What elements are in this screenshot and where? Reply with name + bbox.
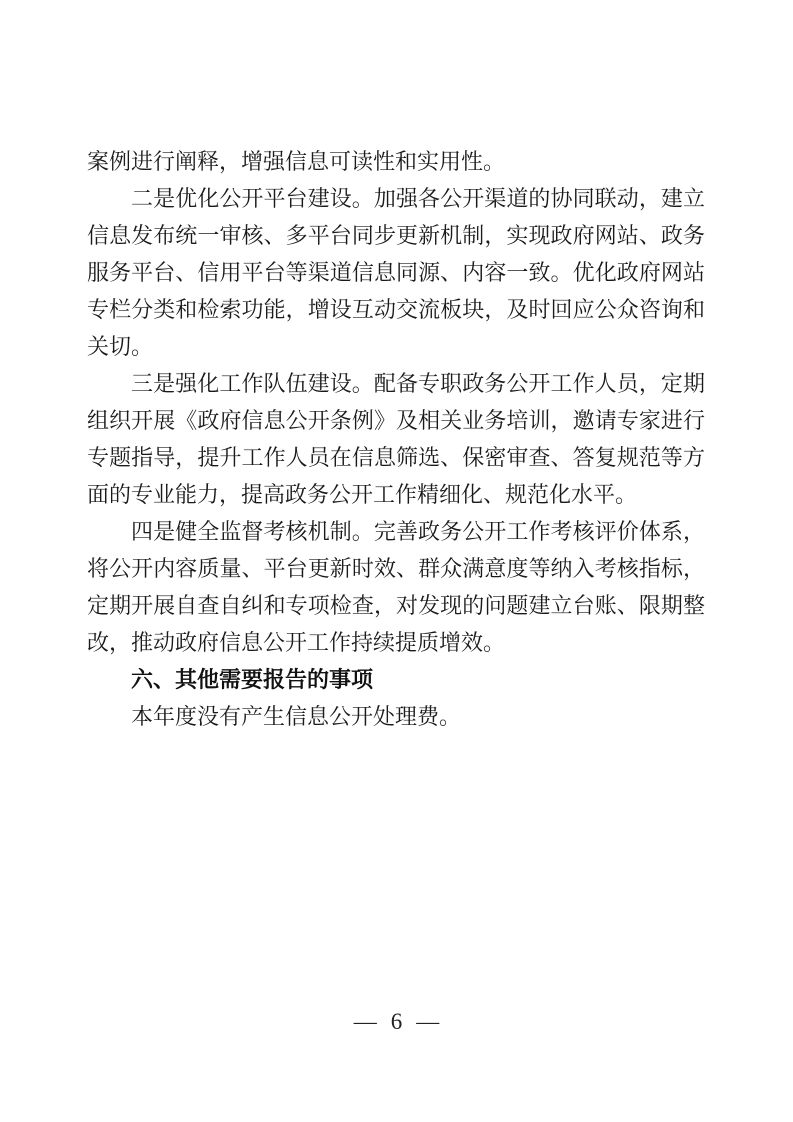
- paragraph-supervision-assessment: 四是健全监督考核机制。完善政务公开工作考核评价体系，将公开内容质量、平台更新时效…: [87, 513, 705, 661]
- section-heading-other-matters: 六、其他需要报告的事项: [87, 661, 705, 698]
- document-page: { "document": { "paragraphs": [ { "style…: [0, 0, 793, 1122]
- paragraph-processing-fees: 本年度没有产生信息公开处理费。: [87, 698, 705, 735]
- page-number: 6: [391, 1003, 403, 1040]
- paragraph-team-building: 三是强化工作队伍建设。配备专职政务公开工作人员，定期组织开展《政府信息公开条例》…: [87, 365, 705, 513]
- paragraph-platform-building: 二是优化公开平台建设。加强各公开渠道的协同联动，建立信息发布统一审核、多平台同步…: [87, 180, 705, 365]
- footer-dash-left: —: [354, 1009, 377, 1034]
- footer-dash-right: —: [416, 1009, 439, 1034]
- document-body: 案例进行阐释，增强信息可读性和实用性。 二是优化公开平台建设。加强各公开渠道的协…: [87, 143, 705, 735]
- page-footer: —6—: [0, 1003, 793, 1040]
- paragraph-continuation: 案例进行阐释，增强信息可读性和实用性。: [87, 143, 705, 180]
